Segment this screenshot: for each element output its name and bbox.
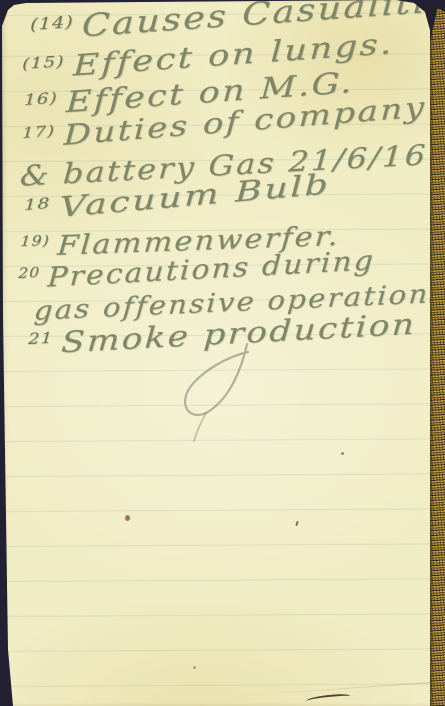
item-number: (14) bbox=[30, 12, 74, 34]
ink-stain-pink bbox=[125, 515, 130, 521]
item-number: 20 bbox=[18, 265, 41, 282]
paper-speck bbox=[193, 666, 196, 669]
item-number: 16) bbox=[24, 89, 58, 109]
item-number: (15) bbox=[22, 52, 65, 73]
item-number: 19) bbox=[20, 233, 51, 250]
item-number: 17) bbox=[22, 122, 56, 142]
item-number: 21 bbox=[28, 329, 54, 348]
paper-speck bbox=[341, 452, 344, 455]
scanned-notebook-photo: { "colors": { "backing_dark": "#232033",… bbox=[0, 0, 445, 706]
binding-stitch-edge bbox=[430, 0, 445, 706]
notebook-page: (14)Causes Casualities (15)Effect on lun… bbox=[0, 0, 445, 706]
item-number: 18 bbox=[24, 195, 51, 214]
